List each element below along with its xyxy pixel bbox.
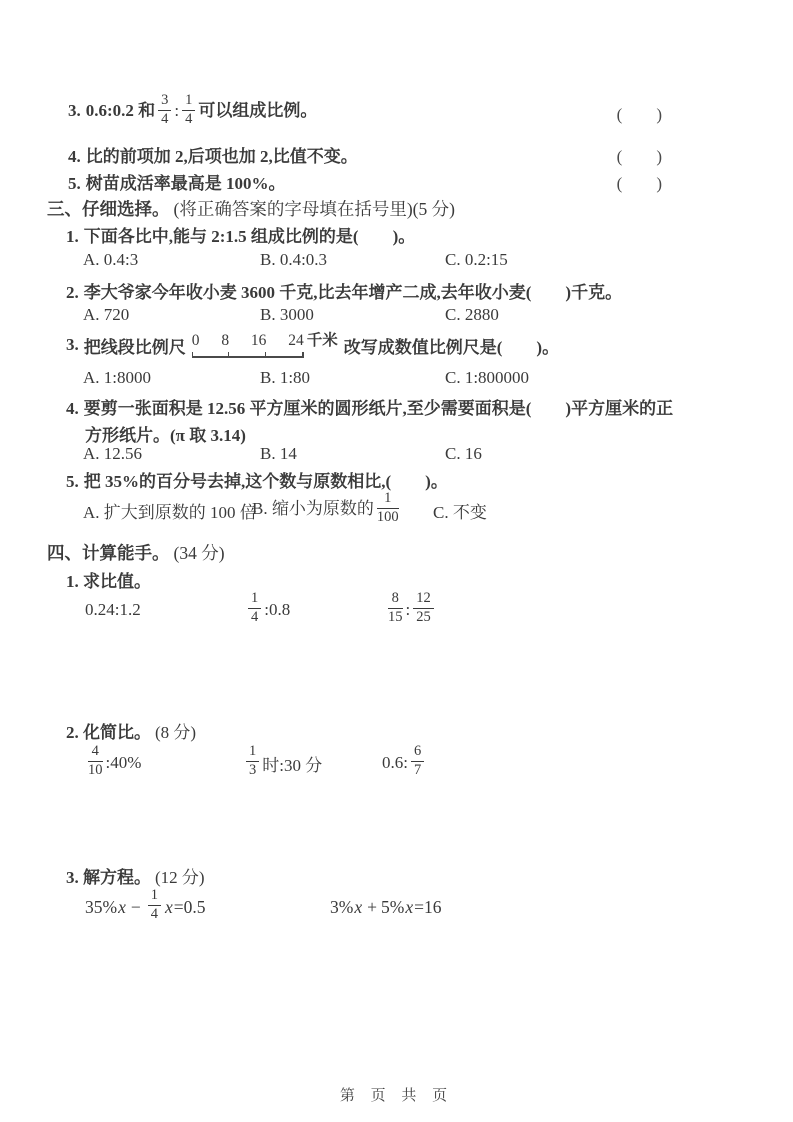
expression-text: 0.24:1.2 xyxy=(85,600,141,620)
denominator: 4 xyxy=(158,111,171,128)
item-number: 5. xyxy=(68,174,81,193)
statement-text: 树苗成活率最高是 100%。 xyxy=(86,174,286,193)
numerator: 8 xyxy=(388,591,403,609)
section-4-score: (34 分) xyxy=(174,543,225,563)
choice-question-4-line1: 4.要剪一张面积是 12.56 平方厘米的圆形纸片,至少需要面积是( )平方厘米… xyxy=(66,394,673,419)
judge-item-5: 5.树苗成活率最高是 100%。 ( ) xyxy=(68,170,662,192)
option-c: C. 16 xyxy=(445,444,482,464)
denominator: 4 xyxy=(182,111,195,128)
task-2-label: 2. 化简比。(8 分) xyxy=(66,718,196,743)
fraction-1-4: 14 xyxy=(182,93,195,127)
option-b: B. 1:80 xyxy=(260,368,445,388)
question-number: 5. xyxy=(66,472,79,491)
judge-item-3-text: 3.0.6:0.2 和34:14可以组成比例。 xyxy=(68,95,317,129)
denominator: 15 xyxy=(388,609,403,626)
statement-text: 0.6:0.2 和 xyxy=(86,101,155,120)
denominator: 25 xyxy=(413,609,434,626)
simplify-expression-2: 13时:30 分 xyxy=(243,746,382,780)
simplify-expression-1: 410:40% xyxy=(85,746,243,780)
scale-tick-label: 0 xyxy=(192,332,200,349)
fraction-3-4: 34 xyxy=(158,93,171,127)
question-stem: 把线段比例尺 xyxy=(84,333,186,358)
ratio-expressions-row: 0.24:1.2 14:0.8 815:1225 xyxy=(85,588,437,632)
scale-tick-label: 16 xyxy=(251,332,267,349)
fraction-12-25: 1225 xyxy=(413,591,434,625)
fraction-8-15: 815 xyxy=(388,591,403,625)
denominator: 10 xyxy=(88,762,103,779)
page-footer: 第 页 共 页 xyxy=(0,1084,793,1105)
segment-scale-bar: 081624千米 xyxy=(192,332,338,357)
numerator: 3 xyxy=(158,93,171,111)
numerator: 1 xyxy=(246,744,259,762)
equation-1: 35%x−14x=0.5 xyxy=(85,890,330,924)
choice-question-3: 3.把线段比例尺081624千米改写成数值比例尺是( )。 xyxy=(66,326,559,364)
item-number: 4. xyxy=(68,147,81,166)
item-number: 3. xyxy=(68,101,81,120)
judge-item-4-text: 4.比的前项加 2,后项也加 2,比值不变。 xyxy=(68,142,358,167)
answer-bracket: ( ) xyxy=(617,142,662,167)
question-number: 1. xyxy=(66,227,79,246)
task-2-score: (8 分) xyxy=(155,723,196,742)
option-a: A. 1:8000 xyxy=(83,368,260,388)
choice-question-2-options: A. 720 B. 3000 C. 2880 xyxy=(83,305,499,325)
task-2-text: 2. 化简比。 xyxy=(66,723,151,742)
ratio-colon: : xyxy=(174,101,179,120)
question-stem: 李大爷家今年收小麦 3600 千克,比去年增产二成,去年收小麦( )千克。 xyxy=(84,283,622,302)
judge-item-4: 4.比的前项加 2,后项也加 2,比值不变。 ( ) xyxy=(68,143,662,165)
option-c: C. 1:800000 xyxy=(445,368,529,388)
question-stem: 要剪一张面积是 12.56 平方厘米的圆形纸片,至少需要面积是( )平方厘米的正 xyxy=(84,399,673,418)
equations-row: 35%x−14x=0.5 3%x+5%x=16 xyxy=(85,885,441,929)
fraction-1-4: 14 xyxy=(248,591,261,625)
fraction-4-10: 410 xyxy=(88,744,103,778)
judge-item-3: 3.0.6:0.2 和34:14可以组成比例。 ( ) xyxy=(68,93,662,131)
option-b: B. 0.4:0.3 xyxy=(260,250,445,270)
ratio-colon: : xyxy=(406,600,411,620)
fraction-1-100: 1100 xyxy=(377,491,399,525)
equation-rhs: =0.5 xyxy=(174,897,206,918)
scale-tick-label: 24 xyxy=(288,332,304,349)
ratio-expression-2: 14:0.8 xyxy=(245,593,385,627)
scale-bar-numbers: 081624千米 xyxy=(192,332,338,349)
section-3-subtitle: (将正确答案的字母填在括号里)(5 分) xyxy=(174,199,455,219)
choice-question-3-options: A. 1:8000 B. 1:80 C. 1:800000 xyxy=(83,368,529,388)
statement-text: 可以组成比例。 xyxy=(198,101,317,120)
scale-bar-line xyxy=(192,351,304,358)
option-b: B. 14 xyxy=(260,444,445,464)
fraction-1-4: 14 xyxy=(148,888,161,922)
denominator: 3 xyxy=(246,762,259,779)
option-a: A. 0.4:3 xyxy=(83,250,260,270)
ratio-expression-3: 815:1225 xyxy=(385,593,437,627)
option-a: A. 720 xyxy=(83,305,260,325)
option-b: B. 缩小为原数的1100 xyxy=(252,493,433,527)
option-a: A. 扩大到原数的 100 倍 xyxy=(83,498,252,523)
denominator: 7 xyxy=(411,762,424,779)
section-3-header: 三、仔细选择。(将正确答案的字母填在括号里)(5 分) xyxy=(47,196,455,221)
expression-text: :40% xyxy=(106,753,142,773)
choice-question-4-line2: 方形纸片。(π 取 3.14) xyxy=(85,421,246,446)
denominator: 100 xyxy=(377,509,399,526)
choice-question-1-options: A. 0.4:3 B. 0.4:0.3 C. 0.2:15 xyxy=(83,250,508,270)
option-b: B. 3000 xyxy=(260,305,445,325)
denominator: 4 xyxy=(248,609,261,626)
scale-tick-label: 8 xyxy=(221,332,229,349)
option-c: C. 0.2:15 xyxy=(445,250,508,270)
numerator: 1 xyxy=(377,491,399,509)
judge-item-5-text: 5.树苗成活率最高是 100%。 xyxy=(68,169,286,194)
scale-unit-label: 千米 xyxy=(307,332,338,349)
question-stem: 下面各比中,能与 2:1.5 组成比例的是( )。 xyxy=(84,227,415,246)
variable-x: x xyxy=(164,897,174,918)
fraction-1-3: 13 xyxy=(246,744,259,778)
expression-text: 0.6: xyxy=(382,753,408,773)
equation-rhs: =16 xyxy=(414,897,441,918)
ratio-expression-1: 0.24:1.2 xyxy=(85,600,245,620)
simplify-expression-3: 0.6:67 xyxy=(382,746,427,780)
simplify-expressions-row: 410:40% 13时:30 分 0.6:67 xyxy=(85,741,427,785)
section-4-title: 四、计算能手。 xyxy=(47,543,170,563)
option-c: C. 2880 xyxy=(445,305,499,325)
variable-x: x xyxy=(117,897,127,918)
denominator: 4 xyxy=(148,906,161,923)
expression-text: :0.8 xyxy=(264,600,290,620)
coefficient: 5% xyxy=(381,897,404,918)
answer-bracket: ( ) xyxy=(617,100,662,125)
option-c: C. 不变 xyxy=(433,498,487,523)
plus-operator: + xyxy=(367,897,377,918)
answer-bracket: ( ) xyxy=(617,169,662,194)
option-a: A. 12.56 xyxy=(83,444,260,464)
numerator: 6 xyxy=(411,744,424,762)
choice-question-2: 2.李大爷家今年收小麦 3600 千克,比去年增产二成,去年收小麦( )千克。 xyxy=(66,278,622,303)
question-number: 3. xyxy=(66,335,79,355)
section-3-title: 三、仔细选择。 xyxy=(47,199,170,219)
variable-x: x xyxy=(404,897,414,918)
expression-text: 时:30 分 xyxy=(262,751,322,776)
section-4-header: 四、计算能手。(34 分) xyxy=(47,540,225,565)
page-number-text: 第 页 共 页 xyxy=(340,1088,453,1104)
question-stem-tail: 改写成数值比例尺是( )。 xyxy=(344,333,559,358)
question-number: 2. xyxy=(66,283,79,302)
fraction-6-7: 67 xyxy=(411,744,424,778)
choice-question-1: 1.下面各比中,能与 2:1.5 组成比例的是( )。 xyxy=(66,222,415,247)
numerator: 4 xyxy=(88,744,103,762)
choice-question-4-options: A. 12.56 B. 14 C. 16 xyxy=(83,444,482,464)
numerator: 1 xyxy=(148,888,161,906)
coefficient: 3% xyxy=(330,897,353,918)
equation-2: 3%x+5%x=16 xyxy=(330,897,441,918)
question-stem-continued: 方形纸片。(π 取 3.14) xyxy=(85,426,246,445)
worksheet-page: 3.0.6:0.2 和34:14可以组成比例。 ( ) 4.比的前项加 2,后项… xyxy=(0,0,793,1122)
choice-question-5-options: A. 扩大到原数的 100 倍 B. 缩小为原数的1100 C. 不变 xyxy=(83,488,487,532)
coefficient: 35% xyxy=(85,897,117,918)
statement-text: 比的前项加 2,后项也加 2,比值不变。 xyxy=(86,147,358,166)
question-number: 4. xyxy=(66,399,79,418)
minus-operator: − xyxy=(131,897,141,918)
numerator: 1 xyxy=(182,93,195,111)
numerator: 12 xyxy=(413,591,434,609)
option-b-text: B. 缩小为原数的 xyxy=(252,499,374,518)
numerator: 1 xyxy=(248,591,261,609)
variable-x: x xyxy=(353,897,363,918)
